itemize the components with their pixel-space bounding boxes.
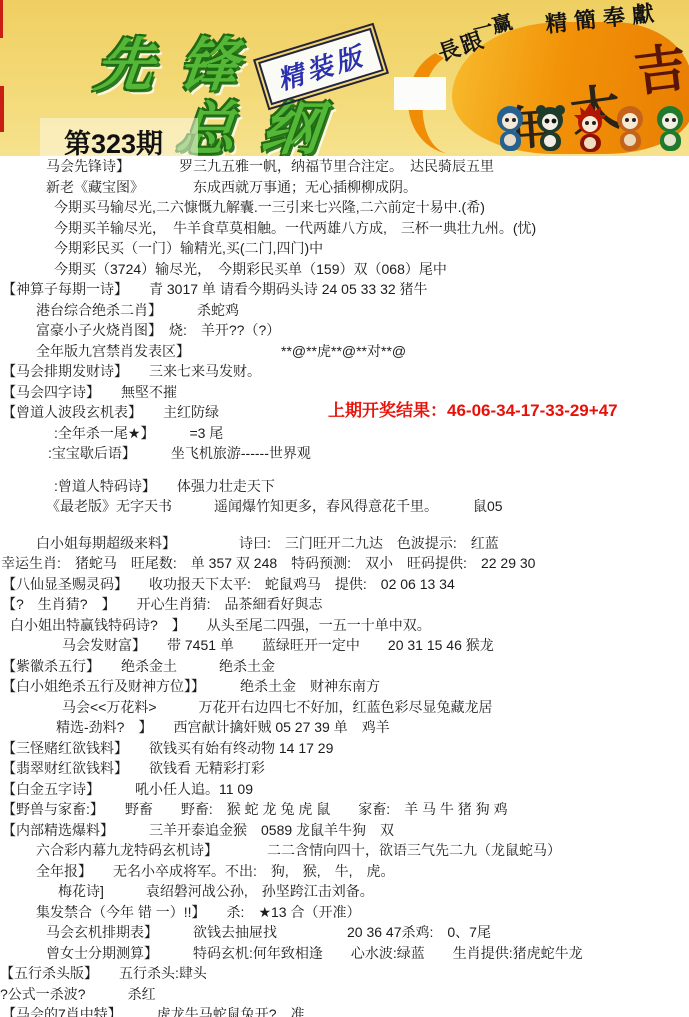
- text-row: 【白小姐绝杀五行及财神方位】】 绝杀土金 财神东南方: [0, 676, 689, 697]
- text-row: 《最老版》无字天书 遥闻爆竹知更多，春风得意花千里。 鼠05: [0, 496, 689, 517]
- row-gap: [0, 464, 689, 476]
- text-row: 集发禁合（今年 错 一）!!】 杀: ★13 合（开准）: [0, 902, 689, 923]
- text-row: 全年版九宫禁肖发表区】 **@**虎**@**对**@: [0, 341, 689, 362]
- last-draw-result: 上期开奖结果：46-06-34-17-33-29+47: [328, 396, 618, 421]
- fuwa-mascot-green-icon: [652, 103, 689, 156]
- text-row: 【? 生肖猜? 】 开心生肖猜: 品茶細看好與志: [0, 594, 689, 615]
- fuwa-mascot-red-icon: [572, 103, 609, 156]
- text-row: 精选-劲料? 】 西宫献计擒奸贼 05 27 39 单 鸡羊: [0, 717, 689, 738]
- text-row: ?公式一杀波? 杀红: [0, 984, 689, 1005]
- masthead-title-line2: 总纲: [174, 82, 351, 156]
- text-row: 马会<<万花料> 万花开右边四七不好加，红蓝色彩尽显兔藏龙居: [0, 697, 689, 718]
- text-row: 马会发财富】 带 7451 单 蓝绿旺开一定中 20 31 15 46 猴龙: [0, 635, 689, 656]
- text-row: 曾女士分期测算】 特码玄机:何年致相逢 心水波:绿蓝 生肖提供:猪虎蛇牛龙: [0, 943, 689, 964]
- text-row: :宝宝歇后语】 坐飞机旅游------世界观: [0, 443, 689, 464]
- text-row: 今期买羊输尽光， 牛羊食草莫相触。一代两雄八方成, 三杯一典壮九州。(忧): [0, 218, 689, 239]
- text-row: 幸运生肖: 猪蛇马 旺尾数: 单 357 双 248 特码预测: 双小 旺码提供…: [0, 553, 689, 574]
- banner-char-ji: 吉: [630, 25, 689, 106]
- fuwa-mascots: [492, 103, 689, 156]
- text-row: 今期买（3724）输尽光， 今期彩民买单（159）双（068）尾中: [0, 259, 689, 280]
- text-row: 马会先锋诗】 罗三九五雅一帆，纳福节里合注定。 达民骑辰五里: [0, 156, 689, 177]
- text-row: 白小姐出特赢钱特码诗? 】 从头至尾二四强，一五一十单中双。: [0, 615, 689, 636]
- left-red-mark: [0, 86, 4, 132]
- text-row: :曾道人特码诗】 体强力壮走天下: [0, 476, 689, 497]
- text-row: 【马会排期发财诗】 三来七来马发财。: [0, 361, 689, 382]
- fuwa-mascot-orange-icon: [612, 103, 649, 156]
- row-gap: [0, 517, 689, 533]
- text-row: 【八仙显圣赐灵码】 收功报天下太平: 蛇鼠鸡马 提供: 02 06 13 34: [0, 574, 689, 595]
- text-row: 【翡翠财红欲钱料】 欲钱看 无精彩打彩: [0, 758, 689, 779]
- tip-sheet-body: 马会先锋诗】 罗三九五雅一帆，纳福节里合注定。 达民骑辰五里 新老《藏宝图》 东…: [0, 156, 689, 1017]
- left-red-mark: [0, 0, 3, 38]
- issue-number: 第323期: [64, 122, 163, 156]
- text-row: 新老《藏宝图》 东成西就万事通；无心插柳柳成阴。: [0, 177, 689, 198]
- blank-patch: [394, 77, 446, 110]
- text-row: 梅花诗] 袁绍磐河战公孙, 孙坚跨江击刘备。: [0, 881, 689, 902]
- text-row: 马会玄机排期表】 欲钱去抽屉找 20 36 47杀鸡: 0、7尾: [0, 922, 689, 943]
- masthead: 年 大 吉 長跟 一赢 精簡奉獻 先锋 总纲 精装版 第323期: [0, 0, 689, 156]
- text-row: 全年报】 无名小卒成将军。不出: 狗, 猴, 牛, 虎。: [0, 861, 689, 882]
- text-row: :全年杀一尾★】 =3 尾: [0, 423, 689, 444]
- text-row: 今期彩民买（一门）输精光,买(二门,四门)中: [0, 238, 689, 259]
- text-row: 白小姐每期超级来料】 诗曰: 三门旺开二九达 色波提示: 红蓝: [0, 533, 689, 554]
- text-row: 富豪小子火烧肖图】 烧: 羊开??（?）: [0, 320, 689, 341]
- text-row: 港台综合绝杀二肖】 杀蛇鸡: [0, 300, 689, 321]
- text-row: 【三怪赌红欲钱料】 欲钱买有始有终动物 14 17 29: [0, 738, 689, 759]
- text-row: 【紫徽杀五行】 绝杀金土 绝杀土金: [0, 656, 689, 677]
- text-row: 【白金五字诗】 吼小任人追。11 09: [0, 779, 689, 800]
- text-row: 【内部精选爆料】 三羊开泰追金猴 0589 龙鼠羊牛狗 双: [0, 820, 689, 841]
- text-row: 【马会的7肖中特】 虎龙牛马蛇鼠兔开? 准: [0, 1004, 689, 1017]
- text-row: 【野兽与家畜:】 野畜 野畜: 猴 蛇 龙 兔 虎 鼠 家畜: 羊 马 牛 猪 …: [0, 799, 689, 820]
- lottery-tip-sheet: { "header": { "title_line1": "先锋", "titl…: [0, 0, 689, 1017]
- text-row: 今期买马输尽光,二六慷慨九解囊.一三引来七兴隆,二六前定十易中.(希): [0, 197, 689, 218]
- text-row: 六合彩内幕九龙特码玄机诗】 二二含情向四十，欲语三气先二九（龙鼠蛇马）: [0, 840, 689, 861]
- fuwa-mascot-black-icon: [532, 103, 569, 156]
- text-row: 【神算子每期一诗】 青 3017 单 请看今期码头诗 24 05 33 32 猪…: [0, 279, 689, 300]
- text-row: 【五行杀头版】 五行杀头:肆头: [0, 963, 689, 984]
- fuwa-mascot-blue-icon: [492, 103, 529, 156]
